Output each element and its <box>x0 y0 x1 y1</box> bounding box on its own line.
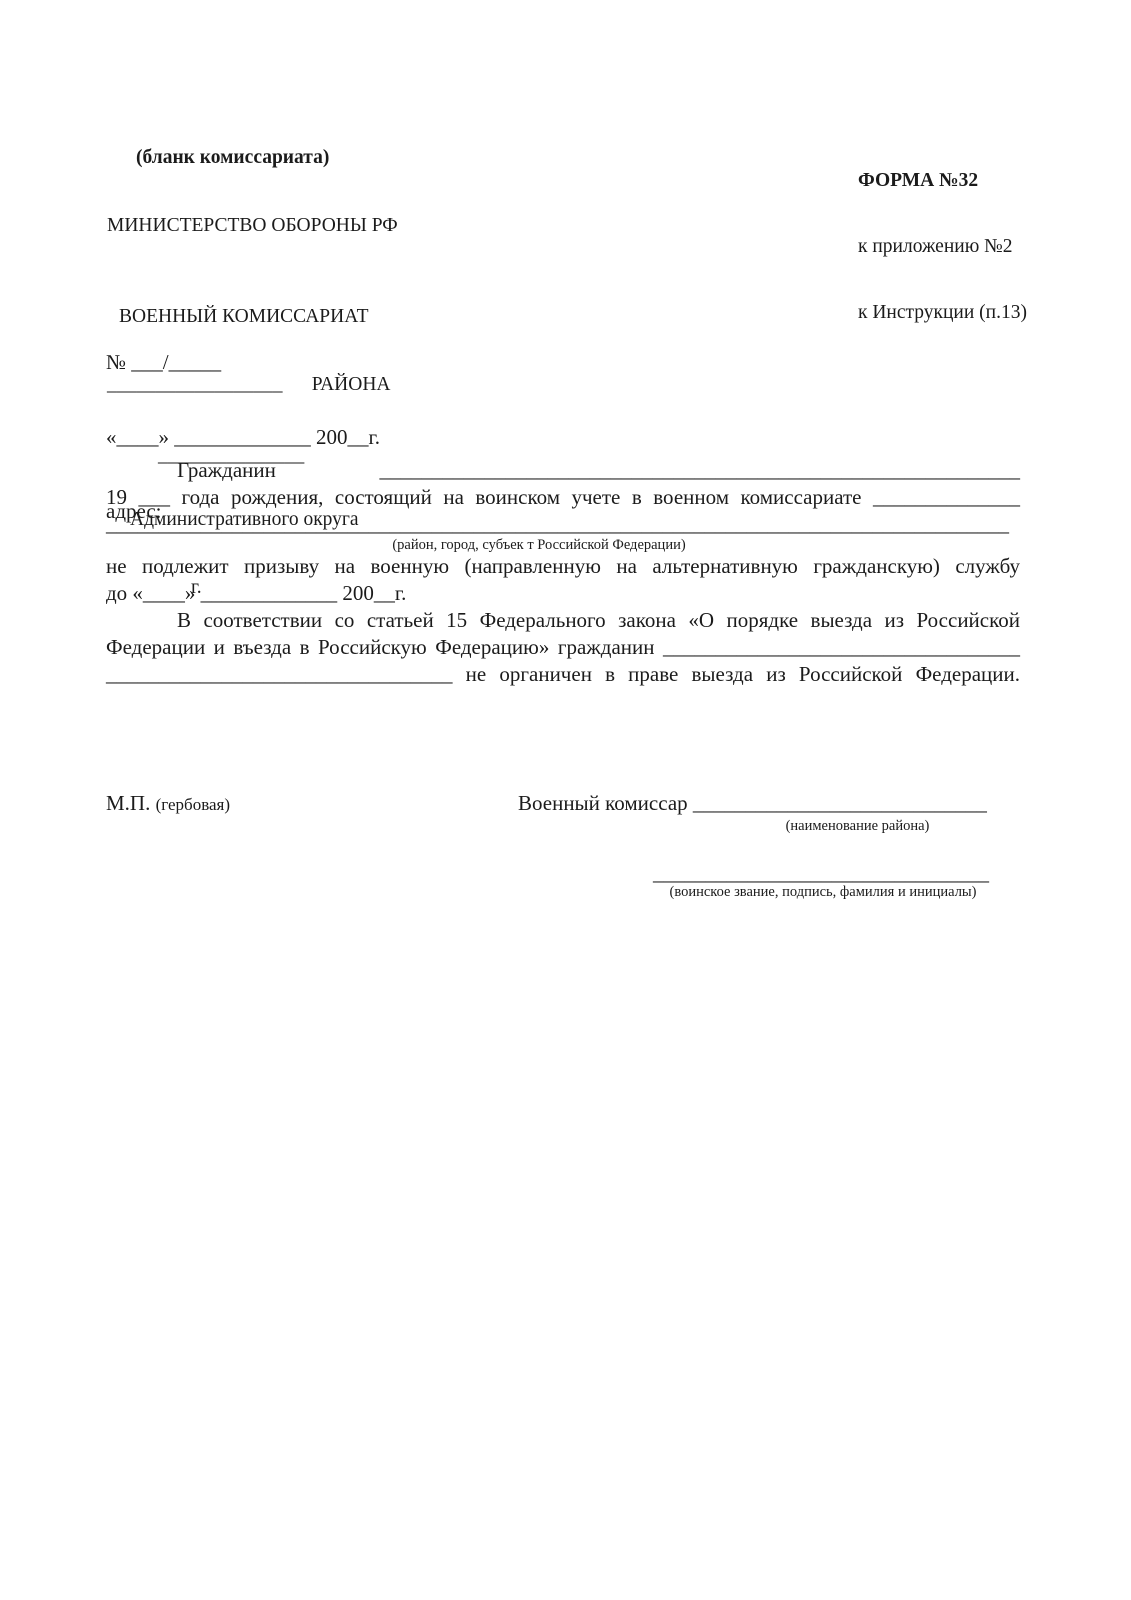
seal-abbrev: М.П. <box>106 791 150 815</box>
seal-note: (гербовая) <box>156 795 230 814</box>
commissar-signature: Военный комиссар _______________________… <box>518 791 987 816</box>
signature-fill-line: ________________________________ <box>653 861 989 886</box>
signature-block: М.П. (гербовая) Военный комиссар _______… <box>106 791 1020 921</box>
doc-date-line: «____» _____________ 200__г. <box>106 425 380 450</box>
body-line-law-ref: В соответствии со статьей 15 Федеральног… <box>106 607 1020 634</box>
body-line-not-subject: не подлежит призыву на военную (направле… <box>106 553 1020 580</box>
signature-caption: (воинское звание, подпись, фамилия и ини… <box>646 884 1000 901</box>
body-line-until-date: до «____» _____________ 200__г. <box>106 580 1020 607</box>
form-title: ФОРМА №32 <box>858 170 1027 192</box>
commissar-fill-line: ____________________________ <box>693 791 987 815</box>
annex-reference: к приложению №2 <box>858 236 1027 258</box>
body-text-block: Гражданин ______________________________… <box>106 457 1020 687</box>
blank-label: (бланк комиссариата) <box>107 147 398 170</box>
body-line-citizen: Гражданин ______________________________… <box>106 457 1020 484</box>
document-page: (бланк комиссариата) МИНИСТЕРСТВО ОБОРОН… <box>0 0 1131 1600</box>
body-line-birth-year: 19 ___ года рождения, состоящий на воинс… <box>106 484 1020 511</box>
district-name-caption: (наименование района) <box>710 818 1005 835</box>
body-line-federation: Федерации и въезда в Российскую Федераци… <box>106 634 1020 661</box>
body-line-not-restricted: _________________________________ не орг… <box>106 661 1020 688</box>
doc-number-line: № ___/_____ <box>106 350 380 375</box>
form-reference-block: ФОРМА №32 к приложению №2 к Инструкции (… <box>858 126 1027 368</box>
seal-mark: М.П. (гербовая) <box>106 791 230 816</box>
region-caption: (район, город, субъек т Российской Федер… <box>106 537 972 553</box>
commissar-label: Военный комиссар <box>518 791 693 815</box>
ministry-line: МИНИСТЕРСТВО ОБОРОНЫ РФ <box>107 215 398 238</box>
body-fill-line: ________________________________________… <box>106 511 1020 538</box>
instruction-reference: к Инструкции (п.13) <box>858 302 1027 324</box>
